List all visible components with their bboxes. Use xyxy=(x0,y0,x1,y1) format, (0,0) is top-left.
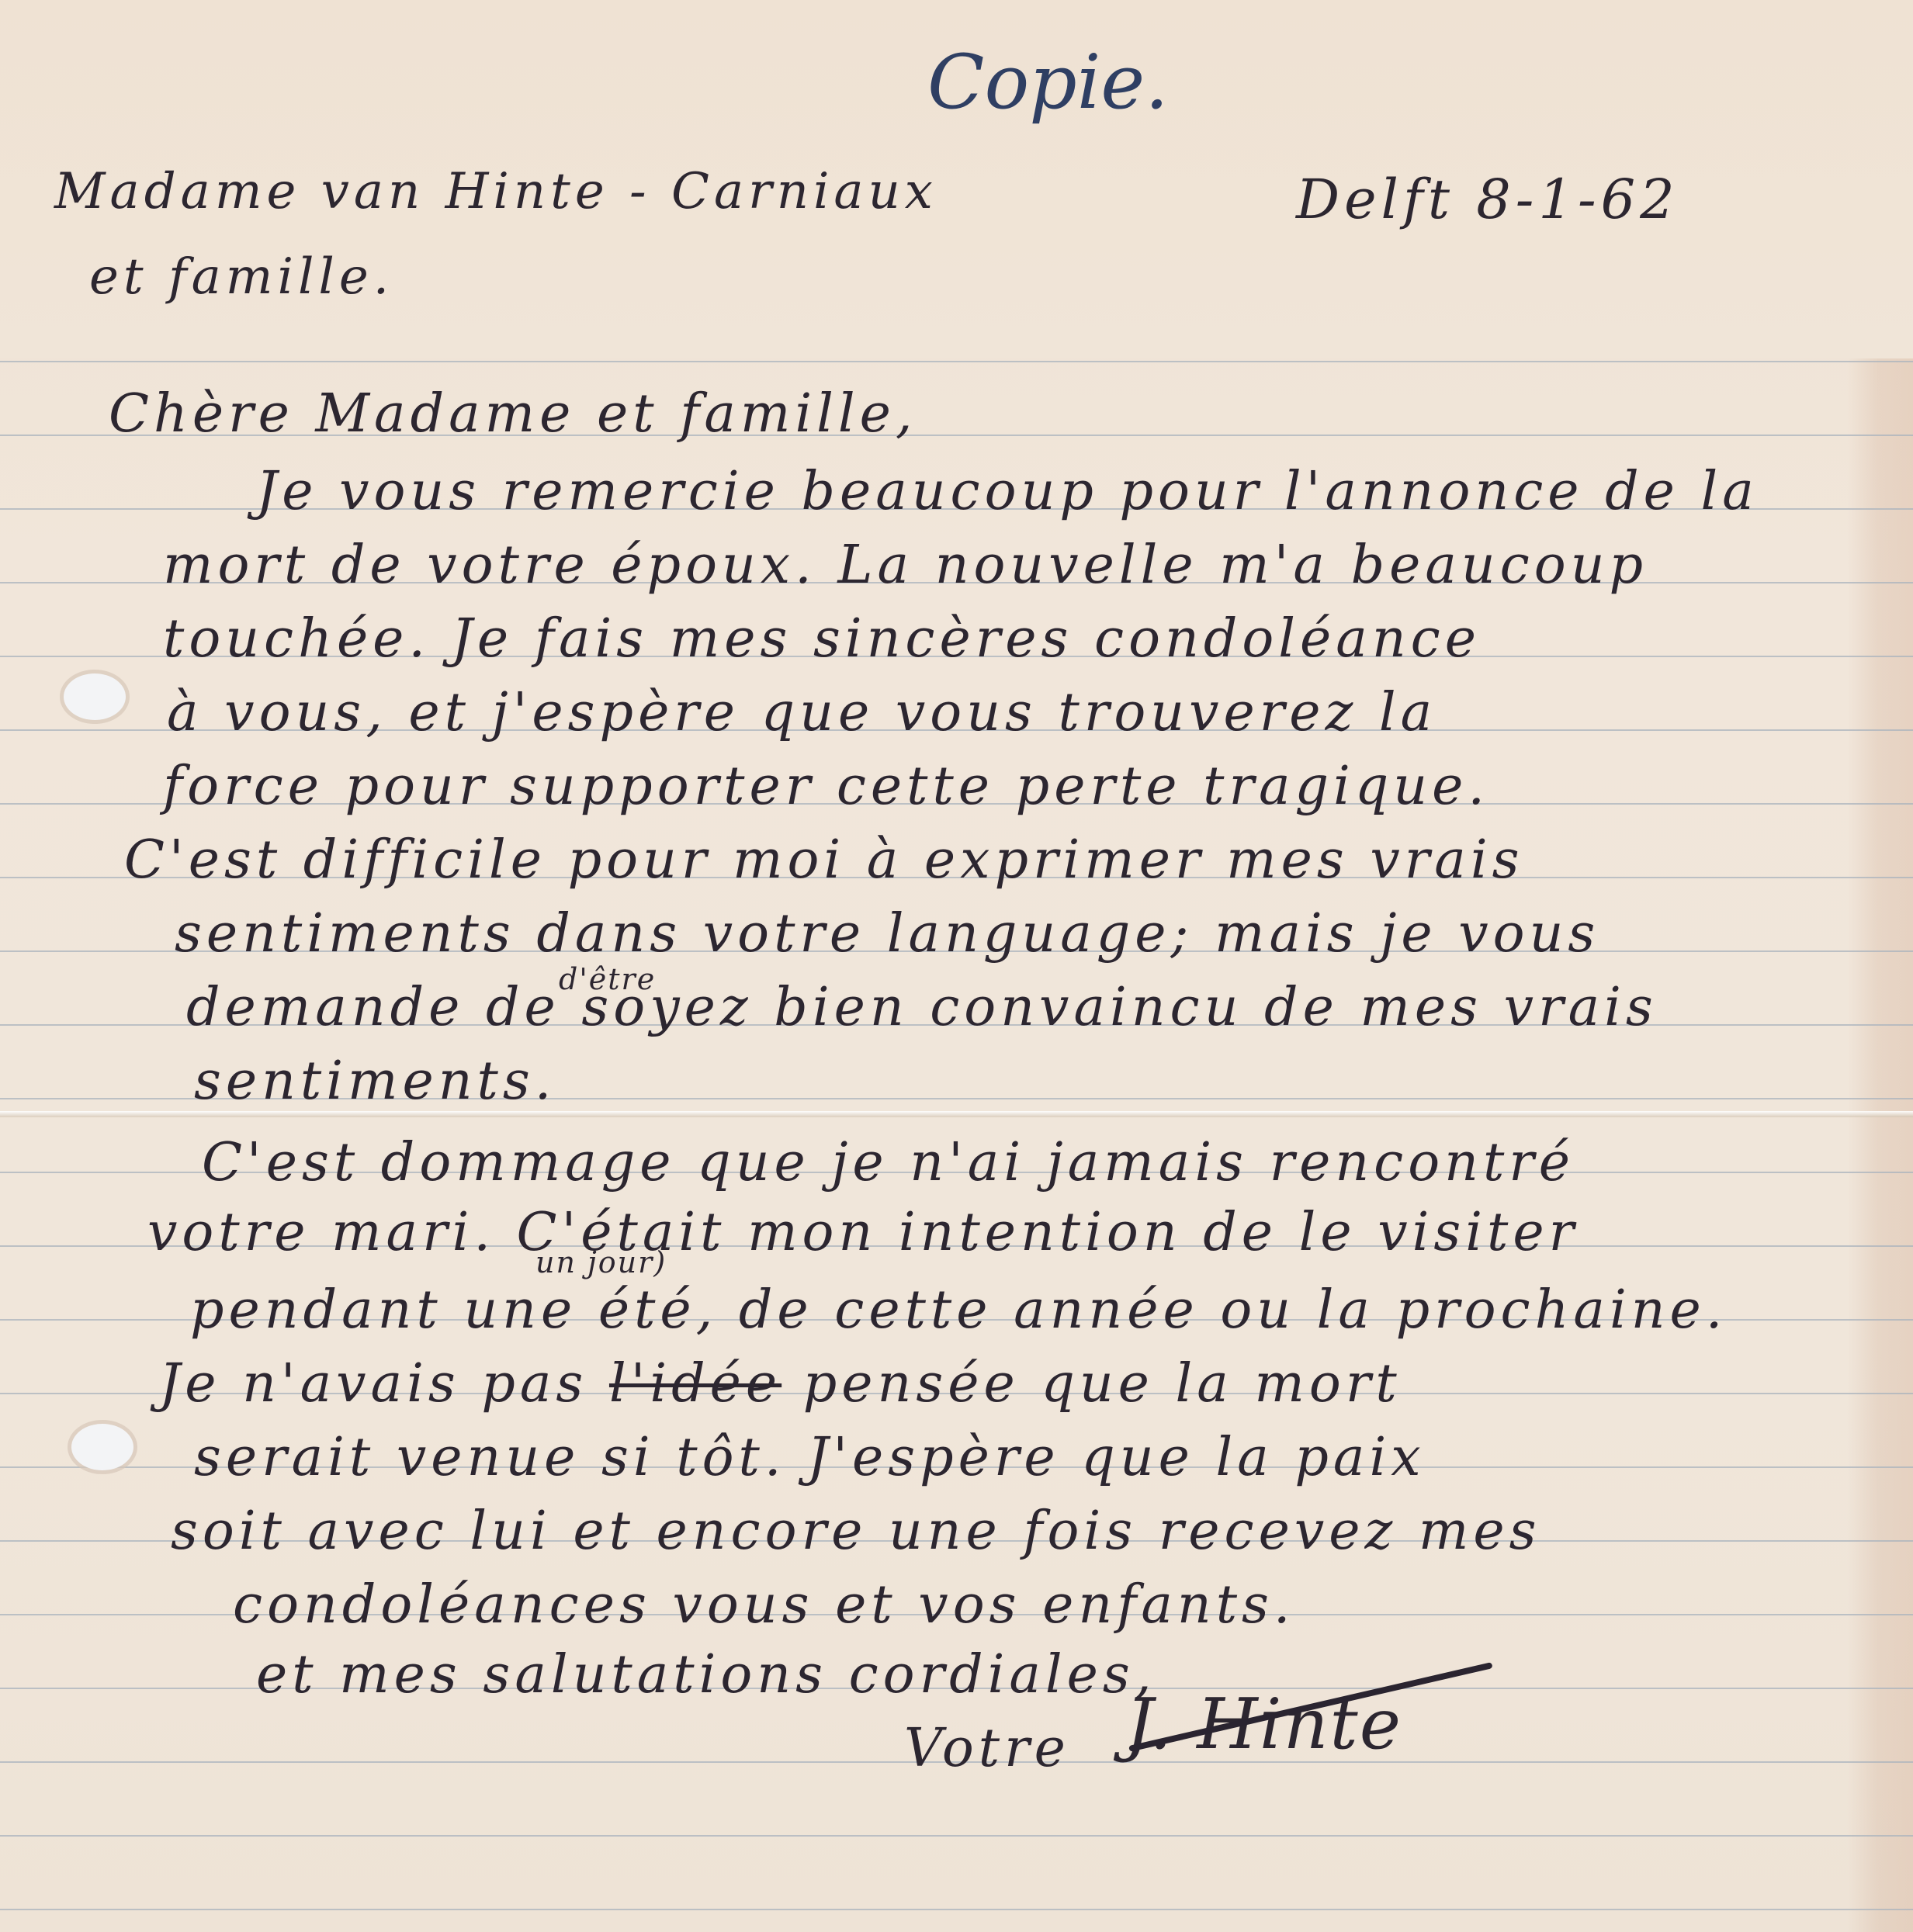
recipient-line-1: Madame van Hinte - Carniaux xyxy=(54,167,937,216)
body-line: pendant une été, de cette année ou la pr… xyxy=(190,1284,1727,1337)
insertion-un-jour: un jour) xyxy=(535,1245,667,1279)
body-line: demande de soyez bien convaincu de mes v… xyxy=(186,982,1658,1034)
body-line: sentiments. xyxy=(194,1055,556,1108)
text-segment: pensée que la mort xyxy=(781,1353,1402,1414)
recipient-line-2: et famille. xyxy=(89,252,393,302)
body-line: touchée. Je fais mes sincères condoléanc… xyxy=(163,613,1481,666)
body-line: à vous, et j'espère que vous trouverez l… xyxy=(167,687,1436,739)
place-date: Delft 8-1-62 xyxy=(1296,172,1679,227)
body-line: et mes salutations cordiales, xyxy=(256,1649,1156,1702)
struck-text: l'idée xyxy=(609,1353,781,1414)
letter-page: Copie. Madame van Hinte - Carniaux et fa… xyxy=(0,0,1913,1932)
copy-mark: Copie. xyxy=(927,39,1169,126)
body-line: soit avec lui et encore une fois recevez… xyxy=(171,1505,1541,1558)
body-line: force pour supporter cette perte tragiqu… xyxy=(163,760,1489,813)
closing: Votre xyxy=(904,1723,1070,1775)
body-line: serait venue si tôt. J'espère que la pai… xyxy=(194,1432,1426,1484)
paper-fold-crease xyxy=(0,1111,1913,1117)
body-line: C'est difficile pour moi à exprimer mes … xyxy=(124,834,1524,887)
punch-hole-bottom xyxy=(71,1424,133,1470)
body-line: C'est dommage que je n'ai jamais rencont… xyxy=(202,1137,1575,1189)
body-line: Je n'avais pas l'idée pensée que la mort xyxy=(159,1358,1402,1411)
text-segment: Je n'avais pas xyxy=(159,1353,609,1414)
body-line: votre mari. C'était mon intention de le … xyxy=(147,1207,1579,1259)
body-line: Je vous remercie beaucoup pour l'annonce… xyxy=(256,466,1759,518)
salutation: Chère Madame et famille, xyxy=(109,388,917,441)
body-line: sentiments dans votre language; mais je … xyxy=(175,908,1599,961)
body-line: mort de votre époux. La nouvelle m'a bea… xyxy=(163,539,1648,592)
body-line: condoléances vous et vos enfants. xyxy=(233,1579,1295,1632)
punch-hole-top xyxy=(64,673,126,720)
